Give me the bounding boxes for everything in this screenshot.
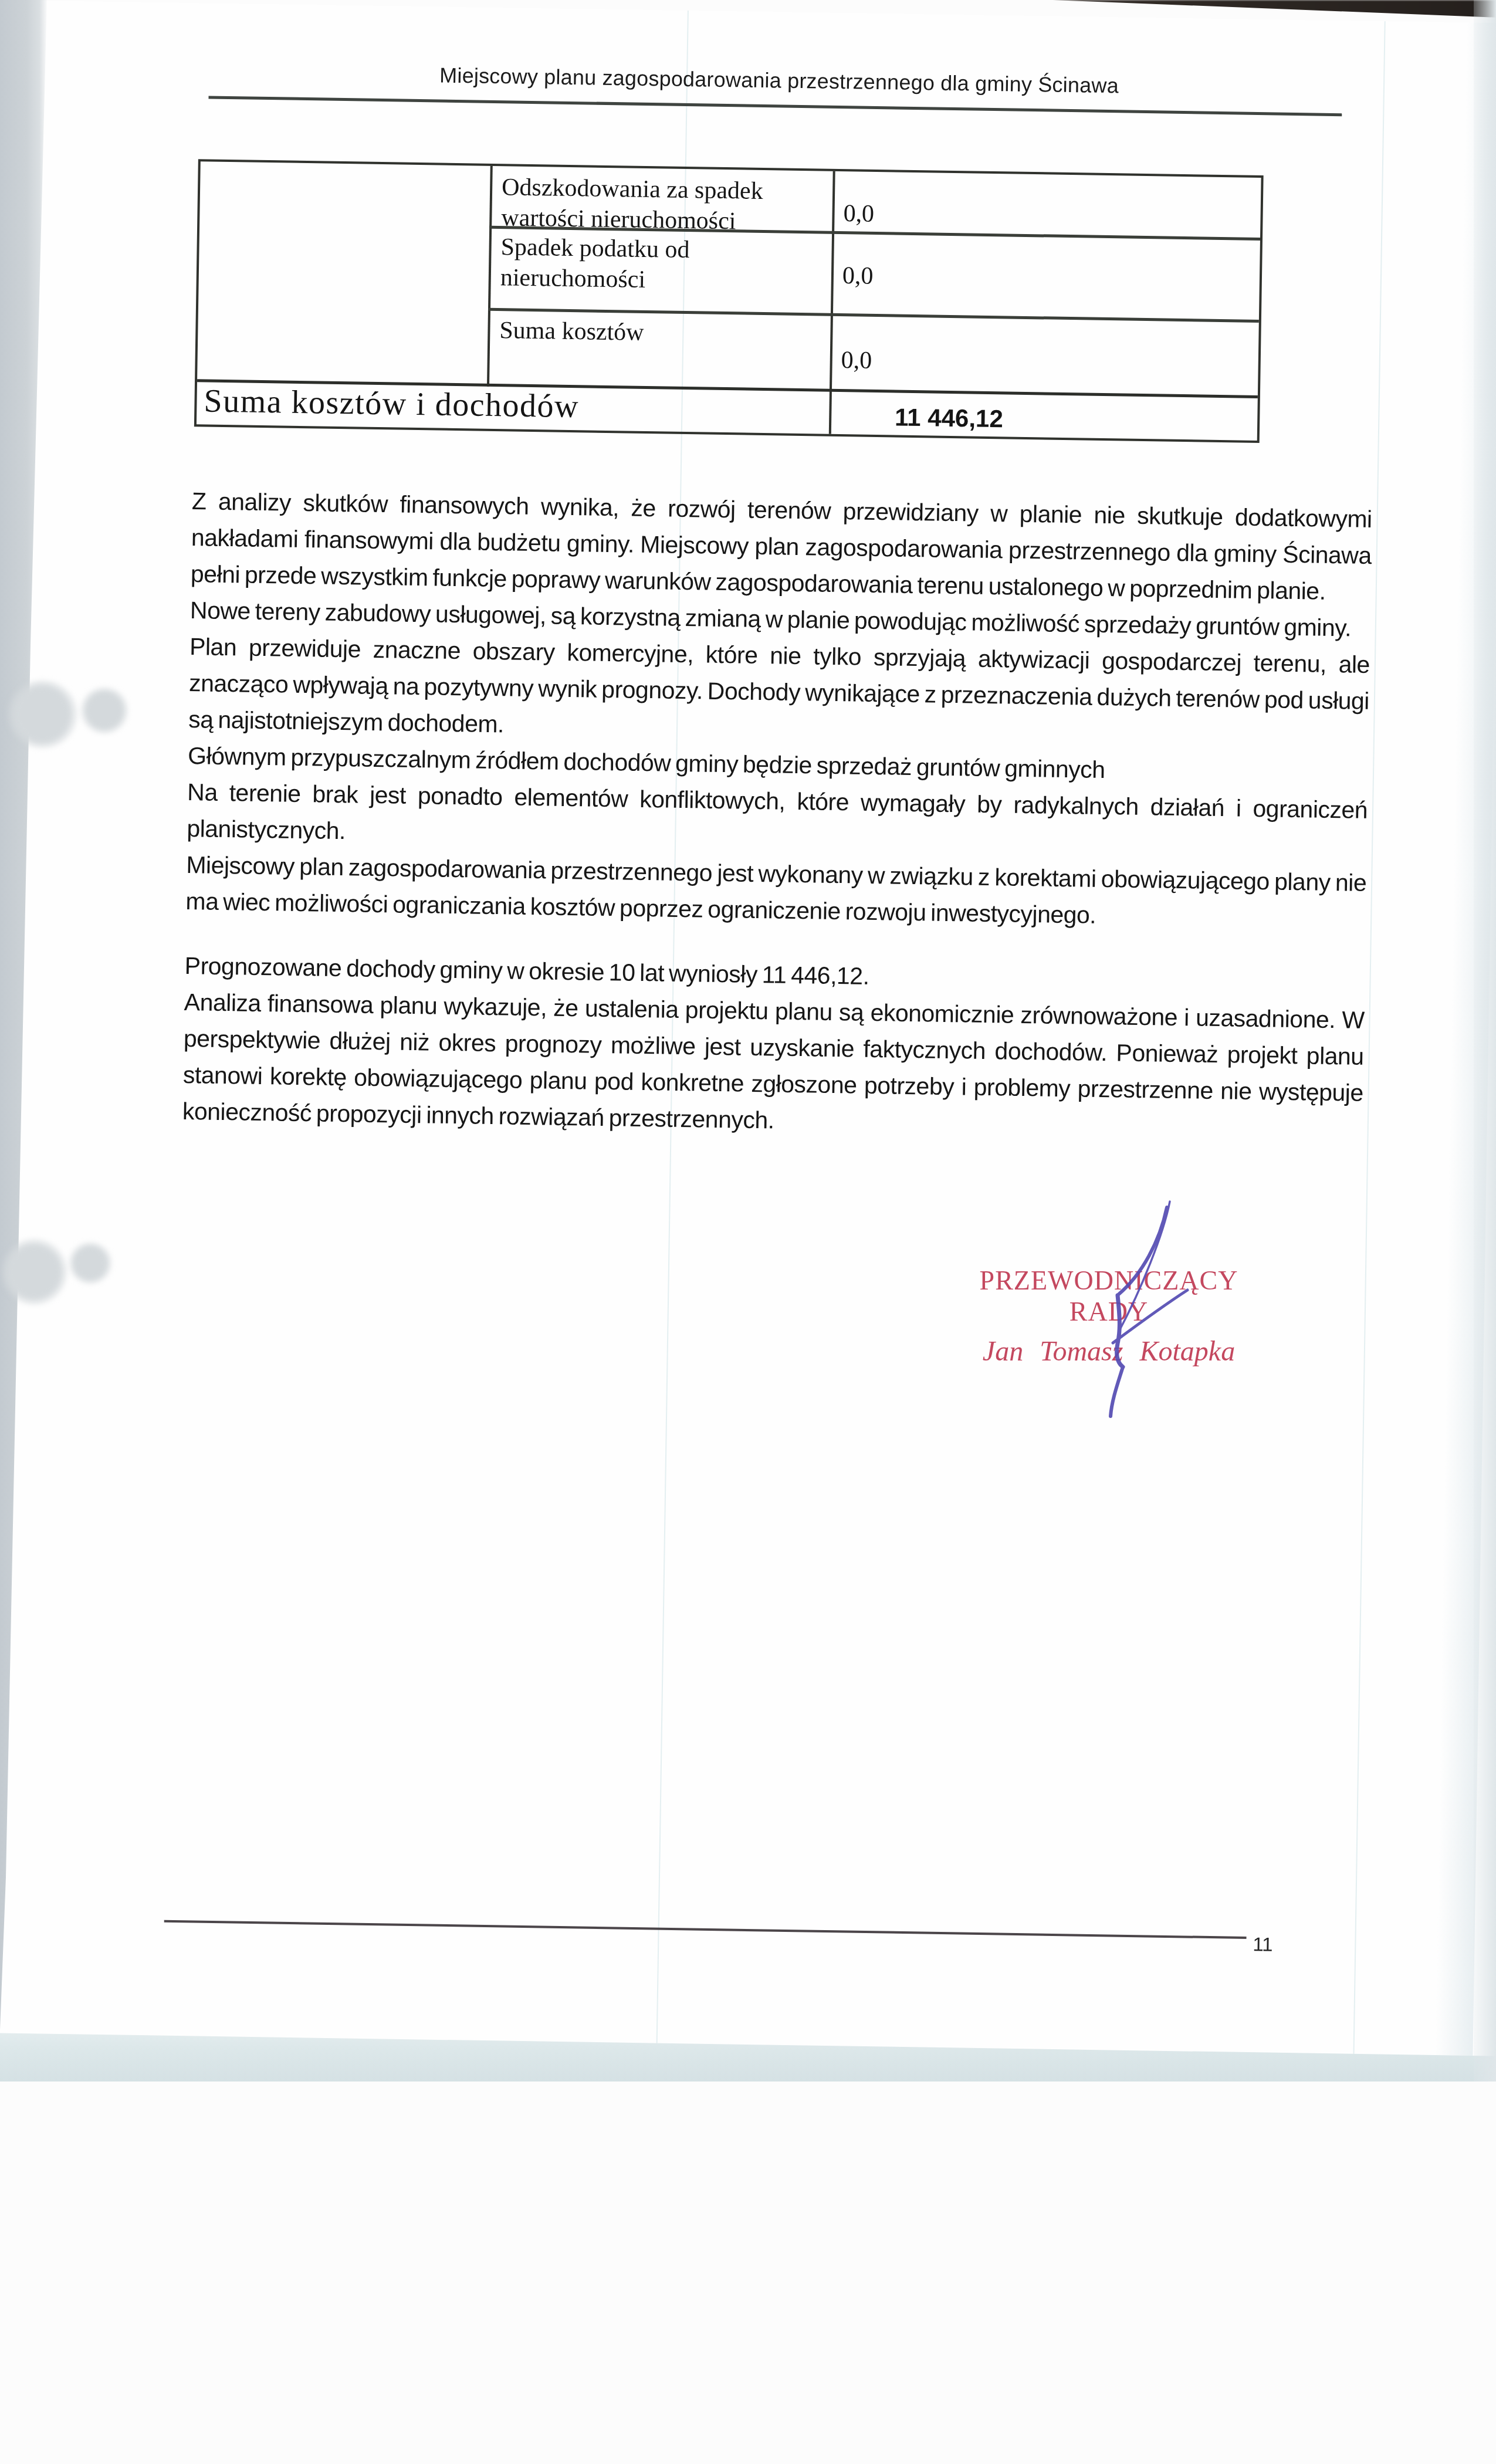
page: Miejscowy planu zagospodarowania przestr… xyxy=(0,0,1496,2057)
hole-punch-mark xyxy=(7,681,77,748)
header-title: Miejscowy planu zagospodarowania przestr… xyxy=(409,63,1149,99)
body-text: Z analizy skutków finansowych wynika, że… xyxy=(182,483,1372,1148)
footer-rule xyxy=(164,1920,1247,1939)
hole-punch-mark xyxy=(81,688,128,733)
table-row-value: 0,0 xyxy=(842,260,874,292)
hole-punch-mark xyxy=(1,1239,67,1305)
paragraph: Z analizy skutków finansowych wynika, że… xyxy=(191,483,1373,610)
table-row-label: Odszkodowania za spadek wartości nieruch… xyxy=(501,172,819,238)
table-summary-label: Suma kosztów i dochodów xyxy=(204,385,579,422)
table-row-label: Suma kosztów xyxy=(499,315,817,350)
table-column-divider xyxy=(487,166,493,387)
paragraph: Analiza finansowa planu wykazuje, że ust… xyxy=(182,984,1365,1148)
signature-icon xyxy=(1079,1185,1209,1431)
table-row-value: 0,0 xyxy=(841,345,872,376)
table-summary-value: 11 446,12 xyxy=(895,402,1003,435)
costs-table: Odszkodowania za spadek wartości nieruch… xyxy=(194,159,1264,443)
page-right-edge xyxy=(1474,0,1496,2081)
table-column-divider xyxy=(829,171,835,434)
page-number: 11 xyxy=(1253,1933,1273,1956)
header-rule xyxy=(208,96,1342,116)
scanned-document-page: Miejscowy planu zagospodarowania przestr… xyxy=(0,0,1496,2464)
table-row-value: 0,0 xyxy=(843,198,874,229)
hole-punch-mark xyxy=(69,1243,111,1284)
table-row-label: Spadek podatku od nieruchomości xyxy=(500,232,818,297)
paragraph: Plan przewiduje znaczne obszary komercyj… xyxy=(188,628,1370,756)
